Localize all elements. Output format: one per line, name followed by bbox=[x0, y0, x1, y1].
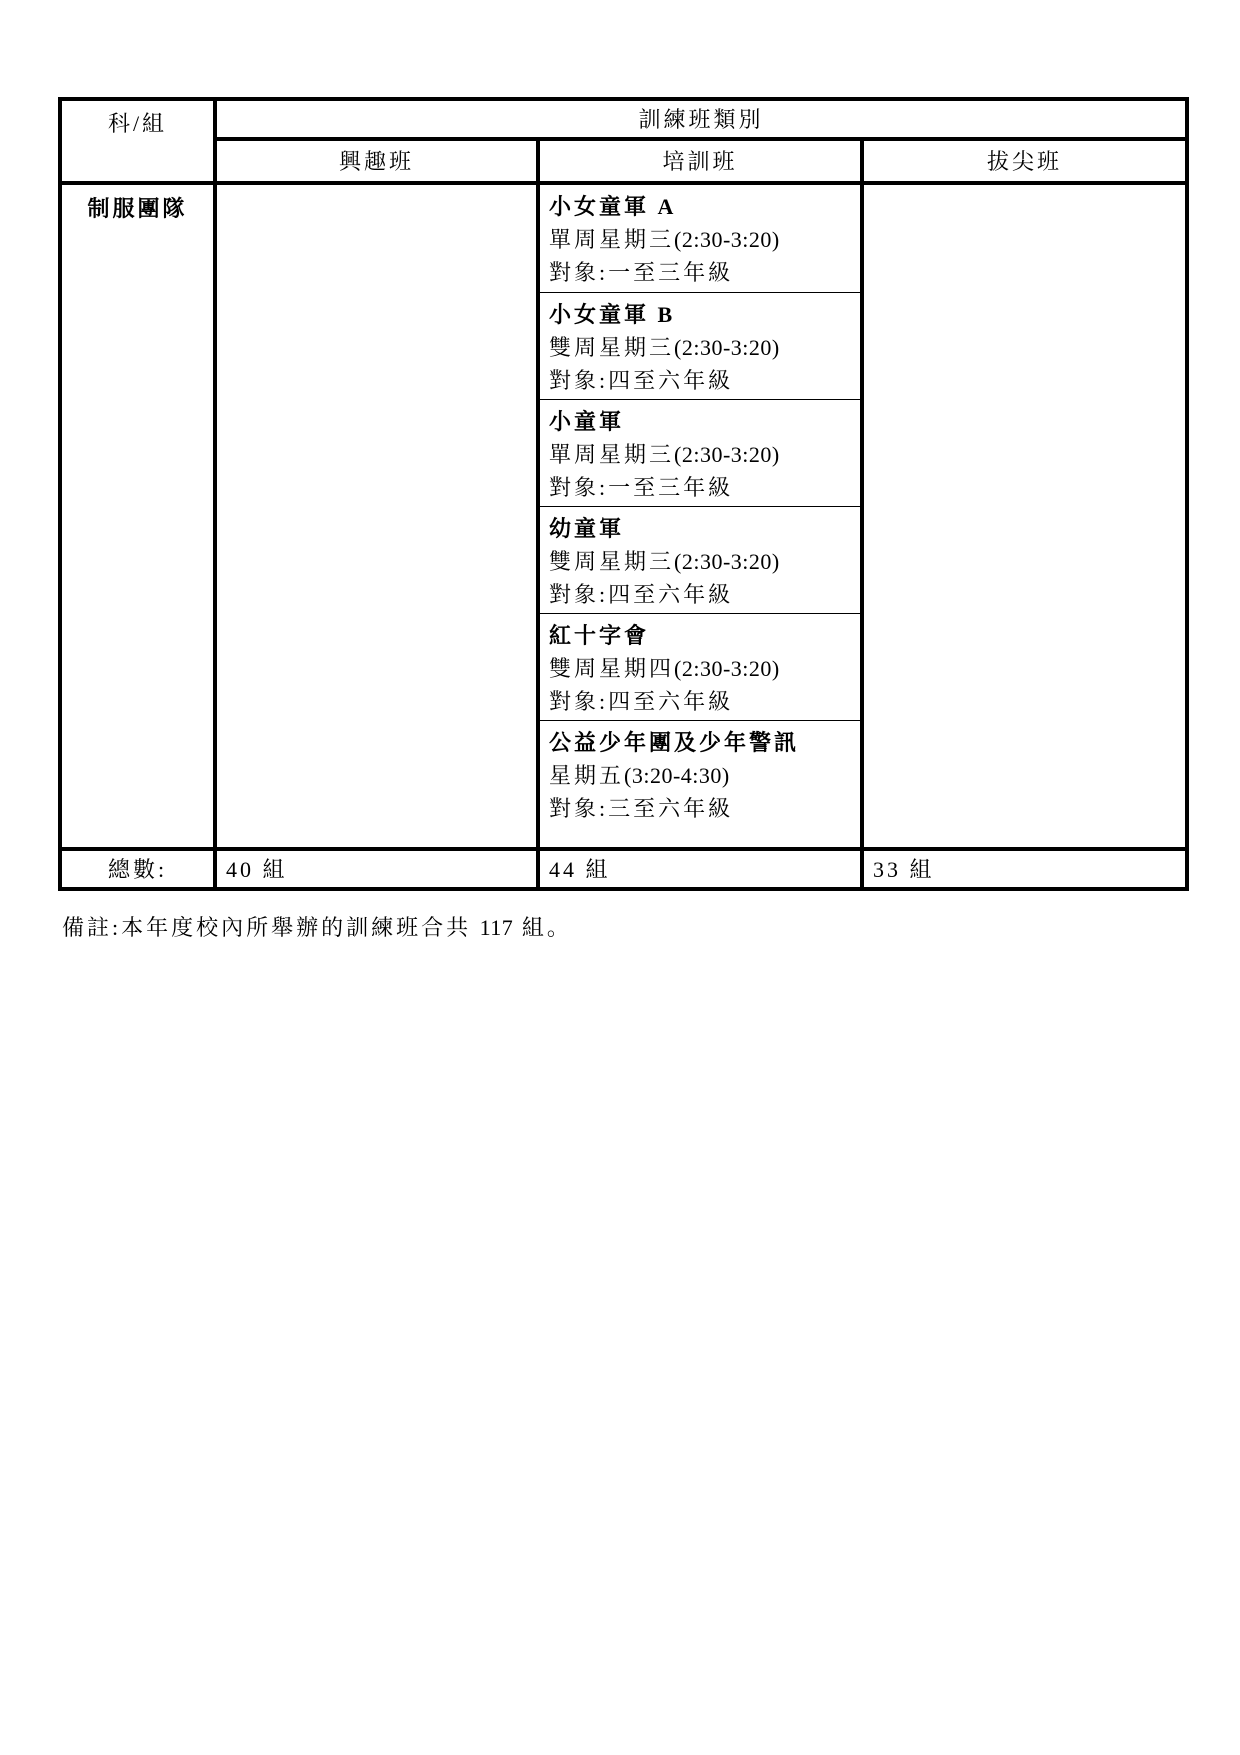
document-page: 科/組 訓練班類別 興趣班 培訓班 拔尖班 制服團隊 小女童軍 A 單周星期三(… bbox=[0, 0, 1240, 1755]
training-class-item: 紅十字會 雙周星期四(2:30-3:20) 對象:四至六年級 bbox=[540, 613, 860, 720]
training-class-item: 小女童軍 B 雙周星期三(2:30-3:20) 對象:四至六年級 bbox=[540, 292, 860, 399]
class-target: 對象:一至三年級 bbox=[549, 471, 854, 504]
row-label-uniform-team: 制服團隊 bbox=[60, 183, 215, 849]
class-schedule-time: (2:30-3:20) bbox=[674, 549, 780, 574]
class-target: 對象:四至六年級 bbox=[549, 364, 854, 397]
training-class-item: 小童軍 單周星期三(2:30-3:20) 對象:一至三年級 bbox=[540, 399, 860, 506]
class-schedule: 雙周星期三(2:30-3:20) bbox=[549, 545, 854, 578]
class-schedule-weekday: 星期五 bbox=[549, 763, 624, 788]
column-header-interest: 興趣班 bbox=[215, 139, 538, 183]
class-schedule-weekday: 單周星期三 bbox=[549, 227, 674, 252]
class-schedule-weekday: 雙周星期三 bbox=[549, 335, 674, 360]
header-cell-category: 訓練班類別 bbox=[215, 99, 1187, 139]
class-schedule-weekday: 單周星期三 bbox=[549, 442, 674, 467]
class-schedule: 雙周星期四(2:30-3:20) bbox=[549, 652, 854, 685]
header-row-columns: 興趣班 培訓班 拔尖班 bbox=[60, 139, 1187, 183]
class-target: 對象:一至三年級 bbox=[549, 256, 854, 289]
class-schedule-time: (3:20-4:30) bbox=[624, 763, 730, 788]
class-target: 對象:四至六年級 bbox=[549, 685, 854, 718]
class-target: 對象:四至六年級 bbox=[549, 578, 854, 611]
uniform-team-row: 制服團隊 小女童軍 A 單周星期三(2:30-3:20) 對象:一至三年級 小女… bbox=[60, 183, 1187, 849]
class-schedule-time: (2:30-3:20) bbox=[674, 335, 780, 360]
class-schedule-weekday: 雙周星期四 bbox=[549, 656, 674, 681]
class-target: 對象:三至六年級 bbox=[549, 792, 854, 825]
training-class-item: 幼童軍 雙周星期三(2:30-3:20) 對象:四至六年級 bbox=[540, 506, 860, 613]
training-class-item: 公益少年團及少年警訊 星期五(3:20-4:30) 對象:三至六年級 bbox=[540, 720, 860, 825]
class-schedule: 單周星期三(2:30-3:20) bbox=[549, 438, 854, 471]
footnote-number: 117 bbox=[480, 915, 514, 940]
training-class-item: 小女童軍 A 單周星期三(2:30-3:20) 對象:一至三年級 bbox=[540, 185, 860, 292]
class-schedule-time: (2:30-3:20) bbox=[674, 442, 780, 467]
footnote-prefix: 備註:本年度校內所舉辦的訓練班合共 bbox=[62, 915, 480, 940]
class-schedule-weekday: 雙周星期三 bbox=[549, 549, 674, 574]
class-title: 小女童軍 A bbox=[549, 190, 854, 223]
class-title: 紅十字會 bbox=[549, 619, 854, 652]
class-schedule-time: (2:30-3:20) bbox=[674, 656, 780, 681]
class-schedule: 單周星期三(2:30-3:20) bbox=[549, 223, 854, 256]
class-title: 小女童軍 B bbox=[549, 298, 854, 331]
uniform-team-label: 制服團隊 bbox=[87, 196, 187, 221]
column-header-training: 培訓班 bbox=[538, 139, 862, 183]
footnote-suffix: 組。 bbox=[513, 915, 572, 940]
elite-classes-cell bbox=[862, 183, 1187, 849]
header-row-category: 科/組 訓練班類別 bbox=[60, 99, 1187, 139]
totals-training-value: 44 組 bbox=[538, 849, 862, 889]
group-header-label: 科/組 bbox=[108, 111, 167, 136]
class-title: 幼童軍 bbox=[549, 512, 854, 545]
category-header-label: 訓練班類別 bbox=[639, 107, 764, 132]
header-cell-group: 科/組 bbox=[60, 99, 215, 183]
training-class-table: 科/組 訓練班類別 興趣班 培訓班 拔尖班 制服團隊 小女童軍 A 單周星期三(… bbox=[58, 97, 1189, 891]
interest-classes-cell bbox=[215, 183, 538, 849]
footnote: 備註:本年度校內所舉辦的訓練班合共 117 組。 bbox=[62, 913, 572, 943]
class-schedule: 雙周星期三(2:30-3:20) bbox=[549, 331, 854, 364]
training-classes-cell: 小女童軍 A 單周星期三(2:30-3:20) 對象:一至三年級 小女童軍 B … bbox=[538, 183, 862, 849]
totals-row: 總數: 40 組 44 組 33 組 bbox=[60, 849, 1187, 889]
column-header-elite: 拔尖班 bbox=[862, 139, 1187, 183]
class-title: 小童軍 bbox=[549, 405, 854, 438]
totals-interest-value: 40 組 bbox=[215, 849, 538, 889]
class-title: 公益少年團及少年警訊 bbox=[549, 726, 854, 759]
class-schedule-time: (2:30-3:20) bbox=[674, 227, 780, 252]
totals-elite-value: 33 組 bbox=[862, 849, 1187, 889]
totals-label: 總數: bbox=[60, 849, 215, 889]
class-schedule: 星期五(3:20-4:30) bbox=[549, 759, 854, 792]
